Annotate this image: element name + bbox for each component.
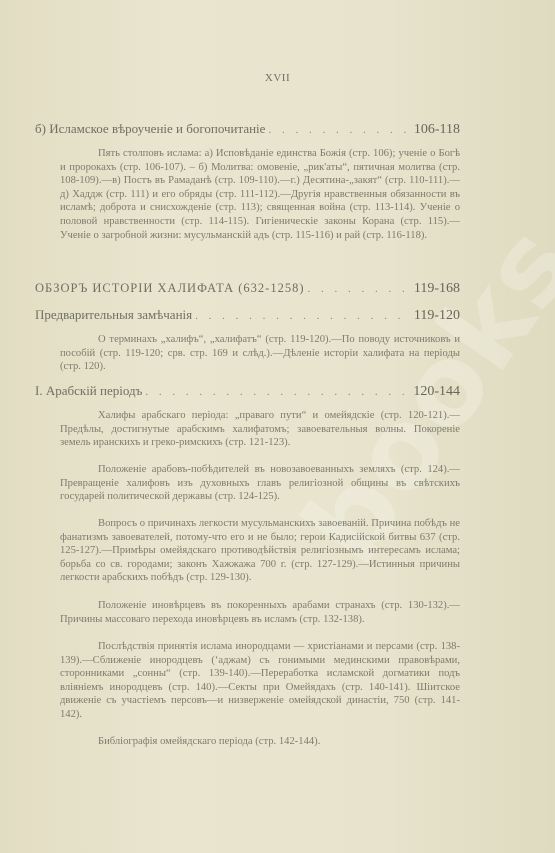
toc-paragraph: Вопросъ о причинахъ легкости мусульманск… [60, 517, 460, 585]
dot-leader [145, 386, 410, 398]
toc-entry-label: I. Арабскій періодъ [35, 383, 142, 399]
toc-description-islamic-doctrine: Пять столповъ ислама: а) Исповѣданіе еди… [60, 147, 460, 242]
toc-paragraph: Библіографія омейядскаго періода (стр. 1… [60, 735, 460, 749]
toc-description-preliminary: О терминахъ „халифъ“, „халифатъ“ (стр. 1… [60, 333, 460, 374]
toc-entry-label: б) Исламское вѣроученіе и богопочитаніе [35, 121, 265, 137]
toc-paragraph: Халифы арабскаго періода: „праваго пути“… [60, 409, 460, 450]
toc-paragraph: Послѣдствія принятія ислама инородцами —… [60, 640, 460, 722]
toc-entry-label: Предварительныя замѣчанія [35, 307, 192, 323]
toc-paragraph: Положеніе иновѣрцевъ въ покоренныхъ араб… [60, 599, 460, 626]
toc-entry-preliminary-remarks[interactable]: Предварительныя замѣчанія 119-120 [35, 307, 460, 324]
toc-entry-caliphate-overview[interactable]: ОБЗОРЪ ИСТОРІИ ХАЛИФАТА (632-1258) 119-1… [35, 281, 460, 297]
page-number: XVII [0, 72, 555, 84]
toc-paragraph: Положеніе арабовъ-побѣдителей въ новозав… [60, 463, 460, 504]
toc-entry-label: ОБЗОРЪ ИСТОРІИ ХАЛИФАТА (632-1258) [35, 281, 305, 296]
toc-entry-pages: 119-120 [414, 308, 460, 324]
dot-leader [195, 310, 411, 322]
toc-entry-islamic-doctrine[interactable]: б) Исламское вѣроученіе и богопочитаніе … [35, 121, 460, 138]
toc-entry-arab-period[interactable]: I. Арабскій періодъ 120-144 [35, 383, 460, 400]
dot-leader [308, 283, 411, 295]
dot-leader [268, 124, 410, 136]
toc-entry-pages: 106-118 [414, 122, 460, 138]
toc-entry-pages: 120-144 [413, 384, 460, 400]
toc-entry-pages: 119-168 [414, 281, 460, 297]
